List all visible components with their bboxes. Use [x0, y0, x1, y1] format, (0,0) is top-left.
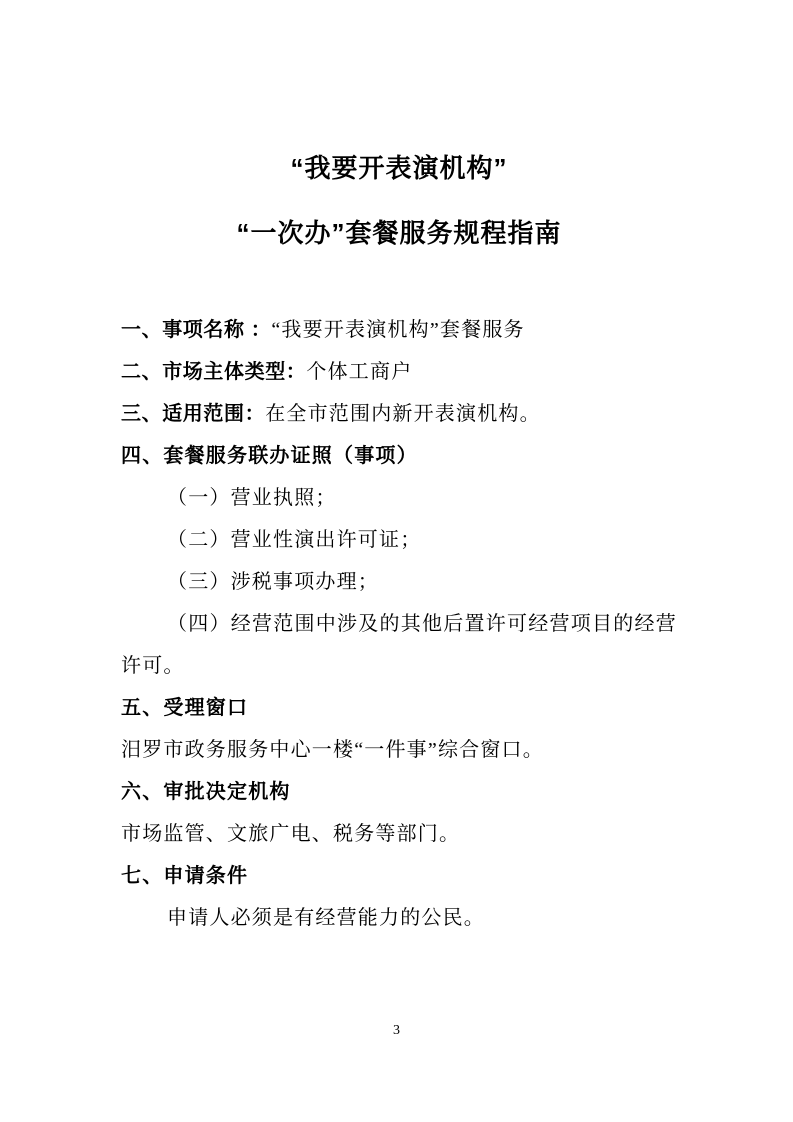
labeled-line: 二、市场主体类型：个体工商户: [121, 351, 677, 393]
labeled-line: 一、事项名称 ：“我要开表演机构”套餐服务: [121, 309, 677, 351]
line-label: 三、适用范围：: [121, 403, 265, 425]
body-line: （一）营业执照；: [121, 477, 677, 519]
line-value: 在全市范围内新开表演机构。: [265, 403, 541, 425]
section-heading: 七、申请条件: [121, 855, 677, 897]
body-line: （三）涉税事项办理；: [121, 561, 677, 603]
document-title-line1: “我要开表演机构”: [121, 152, 677, 184]
section-heading: 六、审批决定机构: [121, 771, 677, 813]
document-page: “我要开表演机构” “一次办”套餐服务规程指南 一、事项名称 ：“我要开表演机构…: [0, 0, 793, 1122]
body-line: （四）经营范围中涉及的其他后置许可经营项目的经营许可。: [121, 603, 677, 687]
body-line: 申请人必须是有经营能力的公民。: [121, 897, 677, 939]
body-line: （二）营业性演出许可证；: [121, 519, 677, 561]
body-line: 汨罗市政务服务中心一楼“一件事”综合窗口。: [121, 729, 677, 771]
document-title-line2: “一次办”套餐服务规程指南: [121, 217, 677, 249]
line-label: 一、事项名称 ：: [121, 319, 271, 341]
document-body: 一、事项名称 ：“我要开表演机构”套餐服务二、市场主体类型：个体工商户三、适用范…: [121, 309, 677, 939]
labeled-line: 三、适用范围：在全市范围内新开表演机构。: [121, 393, 677, 435]
section-heading: 五、受理窗口: [121, 687, 677, 729]
page-number: 3: [0, 1023, 793, 1039]
line-value: 个体工商户: [306, 361, 412, 383]
line-label: 二、市场主体类型：: [121, 361, 306, 383]
section-heading: 四、套餐服务联办证照（事项）: [121, 435, 677, 477]
line-value: “我要开表演机构”套餐服务: [271, 319, 524, 341]
body-line: 市场监管、文旅广电、税务等部门。: [121, 813, 677, 855]
